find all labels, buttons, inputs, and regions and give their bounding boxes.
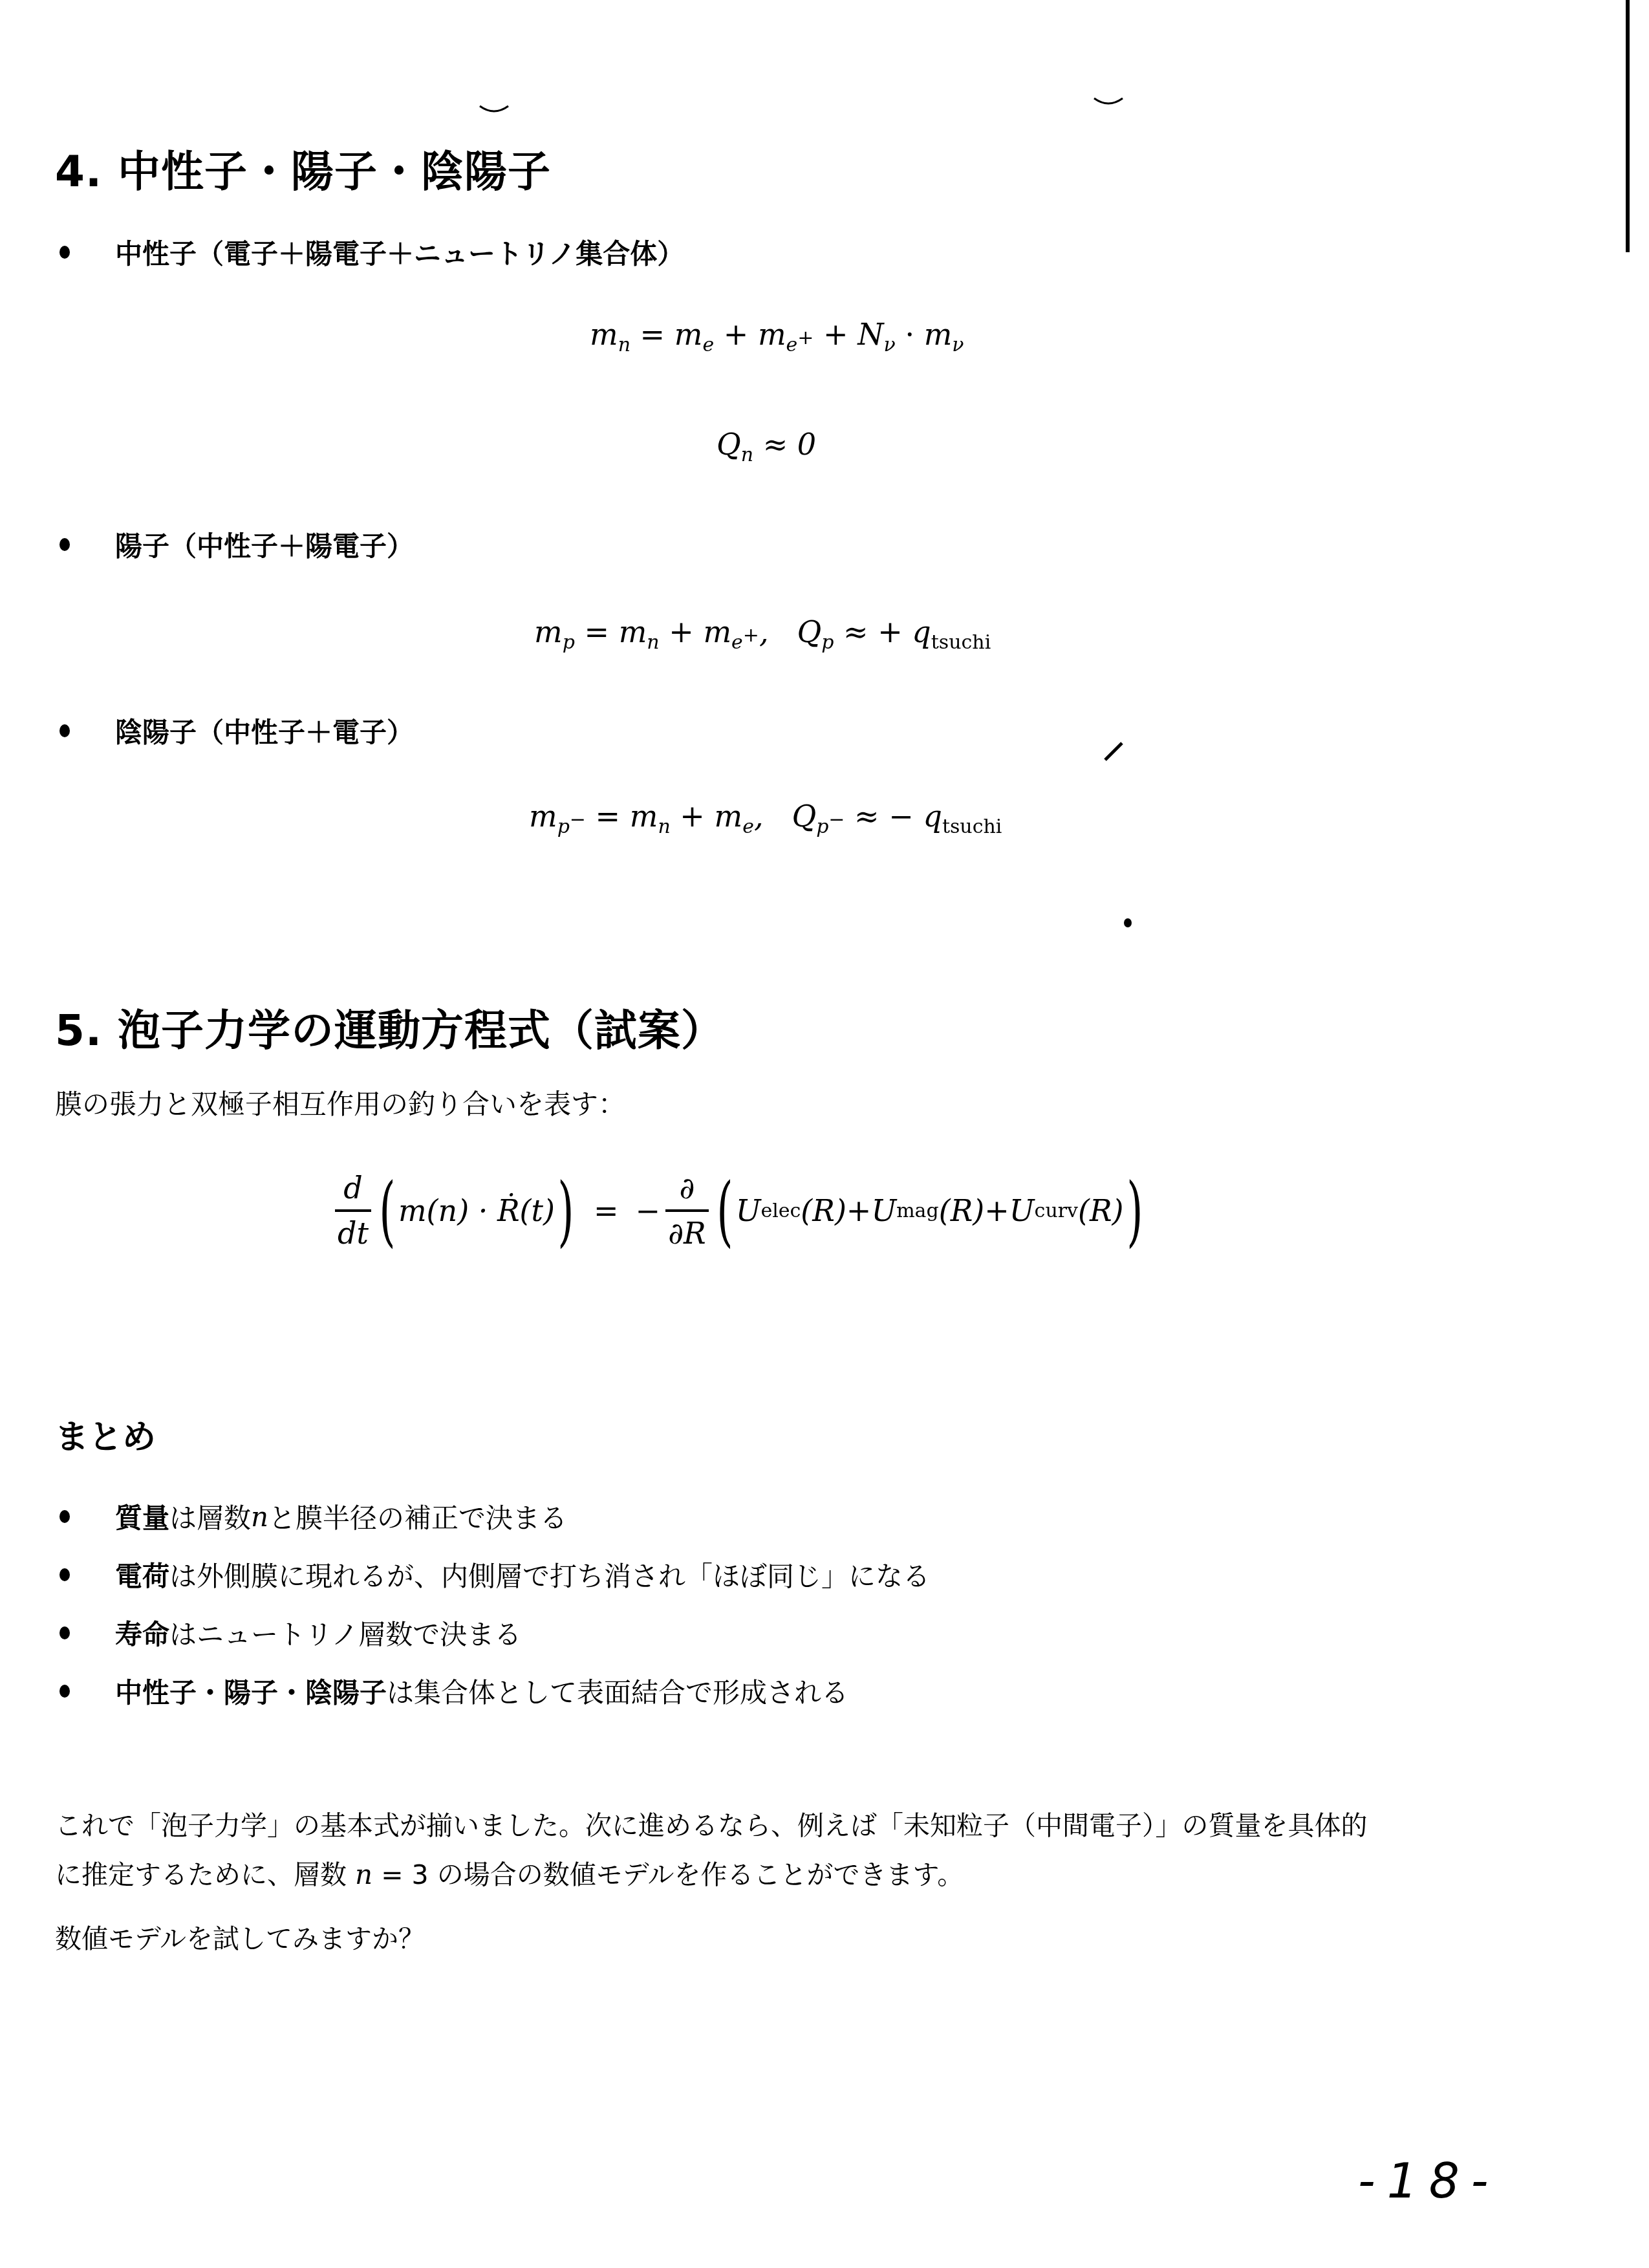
scan-mark <box>479 103 511 116</box>
bullet-icon <box>59 724 70 737</box>
summary-item-mass: 質量は層数 n と膜半径の補正で決まる <box>59 1497 567 1536</box>
bullet-icon <box>59 1510 70 1523</box>
equation-neutron-mass: mn = me + me+ + Nν · mν <box>590 317 964 356</box>
fraction-partial-R: ∂ ∂R <box>665 1171 708 1251</box>
bullet-bold-label: 中性子 <box>115 233 197 272</box>
equation-anti-proton: mp− = mn + me, Qp− ≈ − qtsuchi <box>529 799 1002 838</box>
scan-edge-mark <box>1626 0 1630 252</box>
fraction-d-dt: d dt <box>335 1171 371 1251</box>
bullet-paren: （中性子＋電子） <box>197 711 414 750</box>
bullet-proton: 陽子 （中性子＋陽電子） <box>59 525 414 564</box>
section-5-intro: 膜の張力と双極子相互作用の釣り合いを表す： <box>55 1080 625 1129</box>
summary-title: まとめ <box>55 1410 156 1458</box>
equation-proton: mp = mn + me+, Qp ≈ + qtsuchi <box>534 614 991 654</box>
closing-line-2: に推定するために、層数 n = 3 の場合の数値モデルを作ることができます。 <box>55 1850 1368 1899</box>
bullet-icon <box>59 246 70 259</box>
bullet-anti-proton: 陰陽子 （中性子＋電子） <box>59 711 414 750</box>
scan-dot <box>1124 918 1132 927</box>
section-5-title: 5. 泡子力学の運動方程式（試案） <box>55 996 724 1057</box>
closing-question: 数値モデルを試してみますか？ <box>55 1914 425 1963</box>
summary-item-lifetime: 寿命はニュートリノ層数で決まる <box>59 1614 521 1652</box>
summary-item-formation: 中性子・陽子・陰陽子は集合体として表面結合で形成される <box>59 1672 848 1711</box>
closing-paragraph: これで「泡子力学」の基本式が揃いました。次に進めるなら、例えば「未知粒子（中間電… <box>55 1801 1368 1899</box>
scan-mark <box>1093 97 1125 110</box>
summary-item-charge: 電荷は外側膜に現れるが、内側層で打ち消され「ほぼ同じ」になる <box>59 1555 930 1594</box>
bullet-paren: （中性子＋陽電子） <box>169 525 414 564</box>
bullet-bold-label: 陽子 <box>115 525 169 564</box>
bullet-paren: （電子＋陽電子＋ニュートリノ集合体） <box>197 233 684 272</box>
closing-line-1: これで「泡子力学」の基本式が揃いました。次に進めるなら、例えば「未知粒子（中間電… <box>55 1801 1368 1850</box>
equation-neutron-charge: Qn ≈ 0 <box>717 427 816 466</box>
bullet-icon <box>59 1685 70 1698</box>
scan-mark <box>1103 740 1125 763</box>
equation-of-motion: d dt ( m(n) · Ṙ(t) ) = − ∂ ∂R ( Uelec(R)… <box>330 1171 1146 1251</box>
section-4-title: 4. 中性子・陽子・陰陽子 <box>55 137 551 199</box>
bullet-icon <box>59 1568 70 1581</box>
bullet-bold-label: 陰陽子 <box>115 711 197 750</box>
page-number: -18- <box>1358 2154 1500 2209</box>
bullet-icon <box>59 1626 70 1639</box>
bullet-neutron: 中性子 （電子＋陽電子＋ニュートリノ集合体） <box>59 233 684 272</box>
bullet-icon <box>59 538 70 551</box>
